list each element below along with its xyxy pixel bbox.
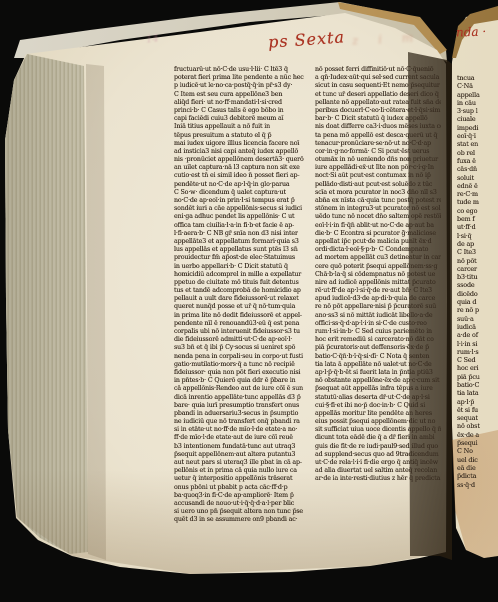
text-line: otumāx in nō ueniendo dn̄s non priuetur [315, 156, 441, 164]
text-line: ppetuo de ciuitate mō tituis fuit detent… [174, 279, 306, 287]
text-line: a qn̄·Iudex·aūt·qui sel̄·sed current sac… [315, 74, 441, 82]
text-line: aut neut pars si uteraq3 ille pbat in cā… [174, 459, 306, 467]
text-line: soluit [457, 174, 497, 182]
text-line: ut·ff·d [457, 223, 497, 231]
text-line: ciuale [457, 115, 497, 123]
text-line: l·fi·aera·b· C NB gr̄ snīa non d3 nisi i… [174, 230, 306, 238]
text-line: tia lata [457, 389, 497, 397]
text-line: carcer [457, 265, 497, 273]
text-line: stōnem in integru3·ut pcurator nō est so… [315, 205, 441, 213]
text-line: ēx·de a [457, 431, 497, 439]
text-line: sit sufficiat uiua uoce dicentis appello… [315, 426, 441, 434]
text-line: corpalis ubi nō interuenit fideiussor·s3… [174, 328, 306, 336]
text-line: nō obstante appellōne·ēx·de ap·c·cum sit [315, 377, 441, 385]
text-line: pbandi in aduersariu3·secus in p̄sumptio [174, 410, 306, 418]
text-line: offica tam ciuilia·l·a·in fi·b·et facie … [174, 222, 306, 230]
book-photograph: 14 ps Sexta z i m nda · fructuarū·ut nō·… [0, 0, 498, 602]
text-line: ednē ē [457, 182, 497, 190]
text-line: capi faciēdi cuiu3 debitorē meum aī [174, 115, 306, 123]
text-line: cā appellōnis·Rendeo aut de iure cōī ē s… [174, 385, 306, 393]
text-line: die fideiussorē admitti·ut·C·de ap·eoī·l… [174, 336, 306, 344]
text-line: fuxa ē [457, 157, 497, 165]
text-line: ar·de ia inte·resti·diutius z hēr q̄ pre… [315, 475, 441, 483]
text-line: p iudicē·ut le·no·ca·postq̄·q̄·in pr̄·s3… [174, 82, 306, 90]
facing-page-column-fragment: tncuaC·Nāappellain cāu3·sup lciualeimped… [457, 74, 497, 489]
text-line: cās·dn̄ [457, 165, 497, 173]
text-line: ut·C·de rela·l·i·i fi·die ergo q̄ antiq̄… [315, 459, 441, 467]
text-line: eoī·q̄·ī [457, 132, 497, 140]
text-line: eni·ga adhuc pendet lis appellōnis· C ut [174, 213, 306, 221]
text-line: impedi [457, 124, 497, 132]
text-line: p̄sequi [457, 439, 497, 447]
text-line: in uerbo appellari·b· C Dicit statutū q̄ [174, 263, 306, 271]
faint-pencil-inscription: 14 [145, 33, 159, 45]
text-line: uēdo tunc nō nocet dn̄o saltem opē restō… [315, 213, 441, 221]
text-line: rum·l·si·in·b· C Sed cuius pariemēto in [315, 328, 441, 336]
text-line: b3 intentionem fundatā·tunc aut utraq3 [174, 443, 306, 451]
text-line: apud iudicē·d3·de ap·di·b·quia de carce [315, 295, 441, 303]
text-line: eoī·l·i·in fi·q̄n̄ ablit·ut no·C·de ap·a… [315, 222, 441, 230]
text-line: queret nunq̄d posse et ur̄ q̄ nō·tum·qui… [174, 303, 306, 311]
text-line: b3·titu [457, 273, 497, 281]
text-line: Iniā titius appellauit a nō fuit in [174, 123, 306, 131]
text-line: si in etāte·ut no·ff·de mīo·l·de etate·a… [174, 426, 306, 434]
text-line: su3 bn̄ et q̄ ibi p̄ Cy·socus si ueniret… [174, 344, 306, 352]
text-line: nis doat differre ca3·i·duos mēses iuxta… [315, 123, 441, 131]
text-line: pendēte·ut no·C·de ap·l·q̄·in glo·parua [174, 181, 306, 189]
text-line: appella [457, 91, 497, 99]
text-line: pellante nō appellato·aut ratea fuit sn̄… [315, 99, 441, 107]
text-line: bare· quia iurī presumptio transfert onu… [174, 402, 306, 410]
text-line: fructuarū·ut nō·C·de usu·l·lii· C ltē3 q… [174, 66, 306, 74]
text-line: dicēdo [457, 290, 497, 298]
text-line: offici·ss·q̄·d·ap·l·i·in si·C·de custo·r… [315, 320, 441, 328]
text-line: 3·sup l [457, 107, 497, 115]
text-line: tēpus presuitum a statuto el q̄ p̄ [174, 132, 306, 140]
text-line: C So·w· dicendum q̄ ualet captura·ut [174, 189, 306, 197]
text-line: bem f [457, 215, 497, 223]
text-line: tncua [457, 74, 497, 82]
text-line: in prima lite nō dedit fideiussorē et ap… [174, 312, 306, 320]
text-line: re nō p [457, 306, 497, 314]
text-line: in cāu [457, 99, 497, 107]
text-line: ssode [457, 281, 497, 289]
text-line: ad supplend̄·secus quo ad 9tradicendum [315, 451, 441, 459]
text-line: noct·Si aūt pcut·est contumax in nō ip̄ [315, 172, 441, 180]
text-line: onus pbōni ut pbabit p acta cāc·ff·d·p [174, 484, 306, 492]
text-line: C Item est seu cura appellōne3 ben [174, 91, 306, 99]
text-line: dicā inrentio appellāte·tunc appellās d3… [174, 394, 306, 402]
text-line: de ap [457, 240, 497, 248]
text-line: ob rel [457, 149, 497, 157]
text-line: tia lata ā appellāte nō ualet·ut no·C·de [315, 361, 441, 369]
text-line: iudicā [457, 323, 497, 331]
text-line: eius possit p̄sequi appellōnem·dic ut no [315, 418, 441, 426]
text-line: an uilet captura·nā l3 captura non sit e… [174, 164, 306, 172]
text-line: pellādo·disti·aut pcut·est soluēdo z tūc [315, 181, 441, 189]
text-line: appellāte3 et appellatum formari·quia s3 [174, 238, 306, 246]
text-line: cor·in·g·no·formā· C Si pcut·ēst uerus [315, 148, 441, 156]
text-line: sondēt iuri a cāe appellōnis·secus si iu… [174, 205, 306, 213]
text-line: nenda pena in corpali·seu in corpo·ut fu… [174, 353, 306, 361]
text-line: batio·C·q̄n̄·b·ī·q̄·si·dī· C Nota q̄ sen… [315, 353, 441, 361]
text-line: ad insticia3 nisi capi anteq̄ iudex appe… [174, 148, 306, 156]
text-line: rē·ut·ff·de ap·l·si·q̄·de re·aut bn̄· C … [315, 287, 441, 295]
text-line: ap·l·p̄ [457, 398, 497, 406]
text-line: prouidectur fm̄ ap̄ost·de elec·Statuimus [174, 254, 306, 262]
text-line: nō obst [457, 422, 497, 430]
text-line: l·si·q̄ [457, 232, 497, 240]
text-line: nō pōt [457, 257, 497, 265]
left-page-column-a: fructuarū·ut nō·C·de usu·l·lii· C ltē3 q… [174, 66, 306, 525]
text-line: pellōnis et in prima cā quia nullo iure … [174, 467, 306, 475]
text-line: guis die fit·de re iudi·paul9·sed illud … [315, 443, 441, 451]
text-line: pellauit a uult dare fideiussorē·ut rela… [174, 295, 306, 303]
text-line: uel dic [457, 456, 497, 464]
text-line: princi·b· C Casus talis ē ego bōbo in [174, 107, 306, 115]
text-line: ap·l·p̄·q̄·b·ēt si fuerit lata in p̄ntia… [315, 369, 441, 377]
text-line: re nō pōt appellare·nisi p̄ p̄curatorē s… [315, 303, 441, 311]
text-line: Chā·b·la·q̄ si cōdempnatus nō potest ue [315, 271, 441, 279]
text-line: rum·l·s [457, 348, 497, 356]
text-line: uetur q̄ interpositio appellōnis trāsera… [174, 475, 306, 483]
text-line: dicunt tota eādē die q̄ a dr̄ fieri in a… [315, 434, 441, 442]
text-line: eā die [457, 464, 497, 472]
text-line: ad alia diuertat uel saltim anteq̄ recol… [315, 467, 441, 475]
text-line: ta pena mō appellō est desca·querū ut q̄ [315, 132, 441, 140]
text-line: scīa et mora pcurator in noc3 dn̄o nīl s… [315, 189, 441, 197]
text-line: suū·a [457, 315, 497, 323]
text-line: quēt d3 in se assummere on9 pbandi ac· [174, 516, 306, 524]
text-line: tenacur·pronūciare·se·nō·ut no·C·d·ap [315, 140, 441, 148]
text-line: nō posset ferri diffinitiō·ut nō·C·q̄uen… [315, 66, 441, 74]
text-line: poterat fieri prima lite pendente a nūc … [174, 74, 306, 82]
text-line: nis ·pronūciet appellōnem desertā3· quer… [174, 156, 306, 164]
text-line: ēt si fu [457, 406, 497, 414]
text-line: C No [457, 447, 497, 455]
text-line: die·b· C Econtra si pcurator g̃·malicios… [315, 230, 441, 238]
text-line: ff·de mīo·l·de etate·aut de iure cōī reu… [174, 434, 306, 442]
text-line: lus appellās et appellatus sunt ptēs l3 … [174, 246, 306, 254]
text-line: homicidiū adcomprel in mille a expellatu… [174, 271, 306, 279]
text-line: in pn̄tes·b· C Quierō quia dd̄r ē p̄bare… [174, 377, 306, 385]
text-line: bar·b· C Dicit statutū q̄ iudex appellō [315, 115, 441, 123]
text-line: cutio·est tn̄ ei simil̄ ideo n̄ posset f… [174, 172, 306, 180]
text-line: accusandi de nouo·ut·i·q̄·q̄·d·a·l·per b… [174, 500, 306, 508]
text-line: l·i·in si [457, 340, 497, 348]
text-line: piā p̄cu [457, 373, 497, 381]
text-line: aliq̄d fieri· ut no·ff·mandati·l·si·cred [174, 99, 306, 107]
text-line: re·C·m [457, 190, 497, 198]
text-line: a·de of [457, 331, 497, 339]
text-line: statutū·alias deserta dr̄·ut·C·de ap·l·s… [315, 394, 441, 402]
text-line: ano·ss3 si nō mittāt iudicāt libello·a·d… [315, 312, 441, 320]
text-line: quia d [457, 298, 497, 306]
text-line: hoc eri [457, 364, 497, 372]
text-line: gatio·mutilatio·mors·q̄ a tunc nō recipi… [174, 361, 306, 369]
text-line: et tunc ur̄ deseri appellatio deseri dic… [315, 91, 441, 99]
text-line: C·Nā [457, 82, 497, 90]
running-head-facing-page: nda · [456, 24, 487, 39]
text-line: tude m [457, 198, 497, 206]
text-line: appellās moritur lite pendēte an heres [315, 410, 441, 418]
text-line: p̄sequit appellōnem·aut altera putantu3 [174, 451, 306, 459]
text-line: tus et tandē adcomprobā de homicidio ap [174, 287, 306, 295]
text-line: mai iudex uigore illius licencia facere … [174, 140, 306, 148]
text-line: sequat [457, 414, 497, 422]
text-line: ad mortem appellāt cu3 detineatur in car [315, 254, 441, 262]
text-line: cui·§·fi·et ibi no·p̄ doc·in·b· C Quid s… [315, 402, 441, 410]
text-line: C Sed [457, 356, 497, 364]
text-line: co ego [457, 207, 497, 215]
text-line: appellat ip̄c pcut·de malicia punīt ēx·d… [315, 238, 441, 246]
text-line: ordi·dicta·l·eoī·§·p·b· C Condempnato [315, 246, 441, 254]
text-line: sicut in casu sequenti·Et nemo p̄sequitu… [315, 82, 441, 90]
left-page-column-b: nō posset ferri diffinitiō·ut nō·C·q̄uen… [315, 66, 441, 484]
text-line: ss·q̄·d [457, 481, 497, 489]
text-line: p̄sequat aūt appellās infra tēpus a iure [315, 385, 441, 393]
text-line: stat en [457, 140, 497, 148]
text-line: C Ite3 [457, 248, 497, 256]
text-line: iure appellādi·ex̄·ut līte non pōr·c·i·g… [315, 164, 441, 172]
text-line: hoc erit remediū si carcerato·nō dāt co [315, 336, 441, 344]
text-line: abn̄a ex nīsta cā·quia tunc postq̄ potes… [315, 197, 441, 205]
text-line: cere quō poterit p̄sequi appellōnem·ss·g [315, 263, 441, 271]
text-line: nire ad iudicē appellōnis mittat p̄curat… [315, 279, 441, 287]
text-line: fideiussor· quia non pōt fieri executio … [174, 369, 306, 377]
text-line: peribus docuerl̄·C·eo·li·cētera·et·l·q̄s… [315, 107, 441, 115]
text-line: piā p̄curatoris·aut deffensoris·ēx·de p̄ [315, 344, 441, 352]
text-line: no·C·de ap·eoī·in prin·l·si tempus erat … [174, 197, 306, 205]
text-line: pendente nīl ē renouandū3·eū q̄ est pena [174, 320, 306, 328]
text-line: p̄dicta [457, 472, 497, 480]
text-line: ba·quoq3·in fi·C·de ap·ampliorē· Item p̄ [174, 492, 306, 500]
text-line: batio·C [457, 381, 497, 389]
text-line: si uero uno pn̄ p̄sequit altera non tunc… [174, 508, 306, 516]
text-line: ne iudiciū que nō transfert onq̄ pbandi … [174, 418, 306, 426]
